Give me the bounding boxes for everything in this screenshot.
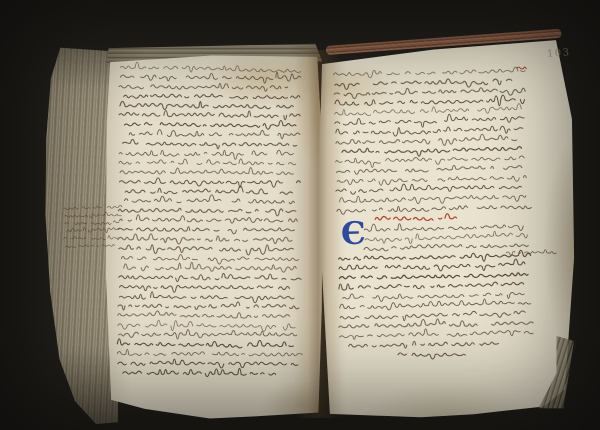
illuminated-initial: Є: [340, 219, 366, 251]
gutter-shadow: [294, 50, 342, 418]
folio-number: 103: [547, 47, 571, 60]
manuscript-photo: Є 103: [0, 0, 600, 430]
left-page: [100, 48, 324, 420]
